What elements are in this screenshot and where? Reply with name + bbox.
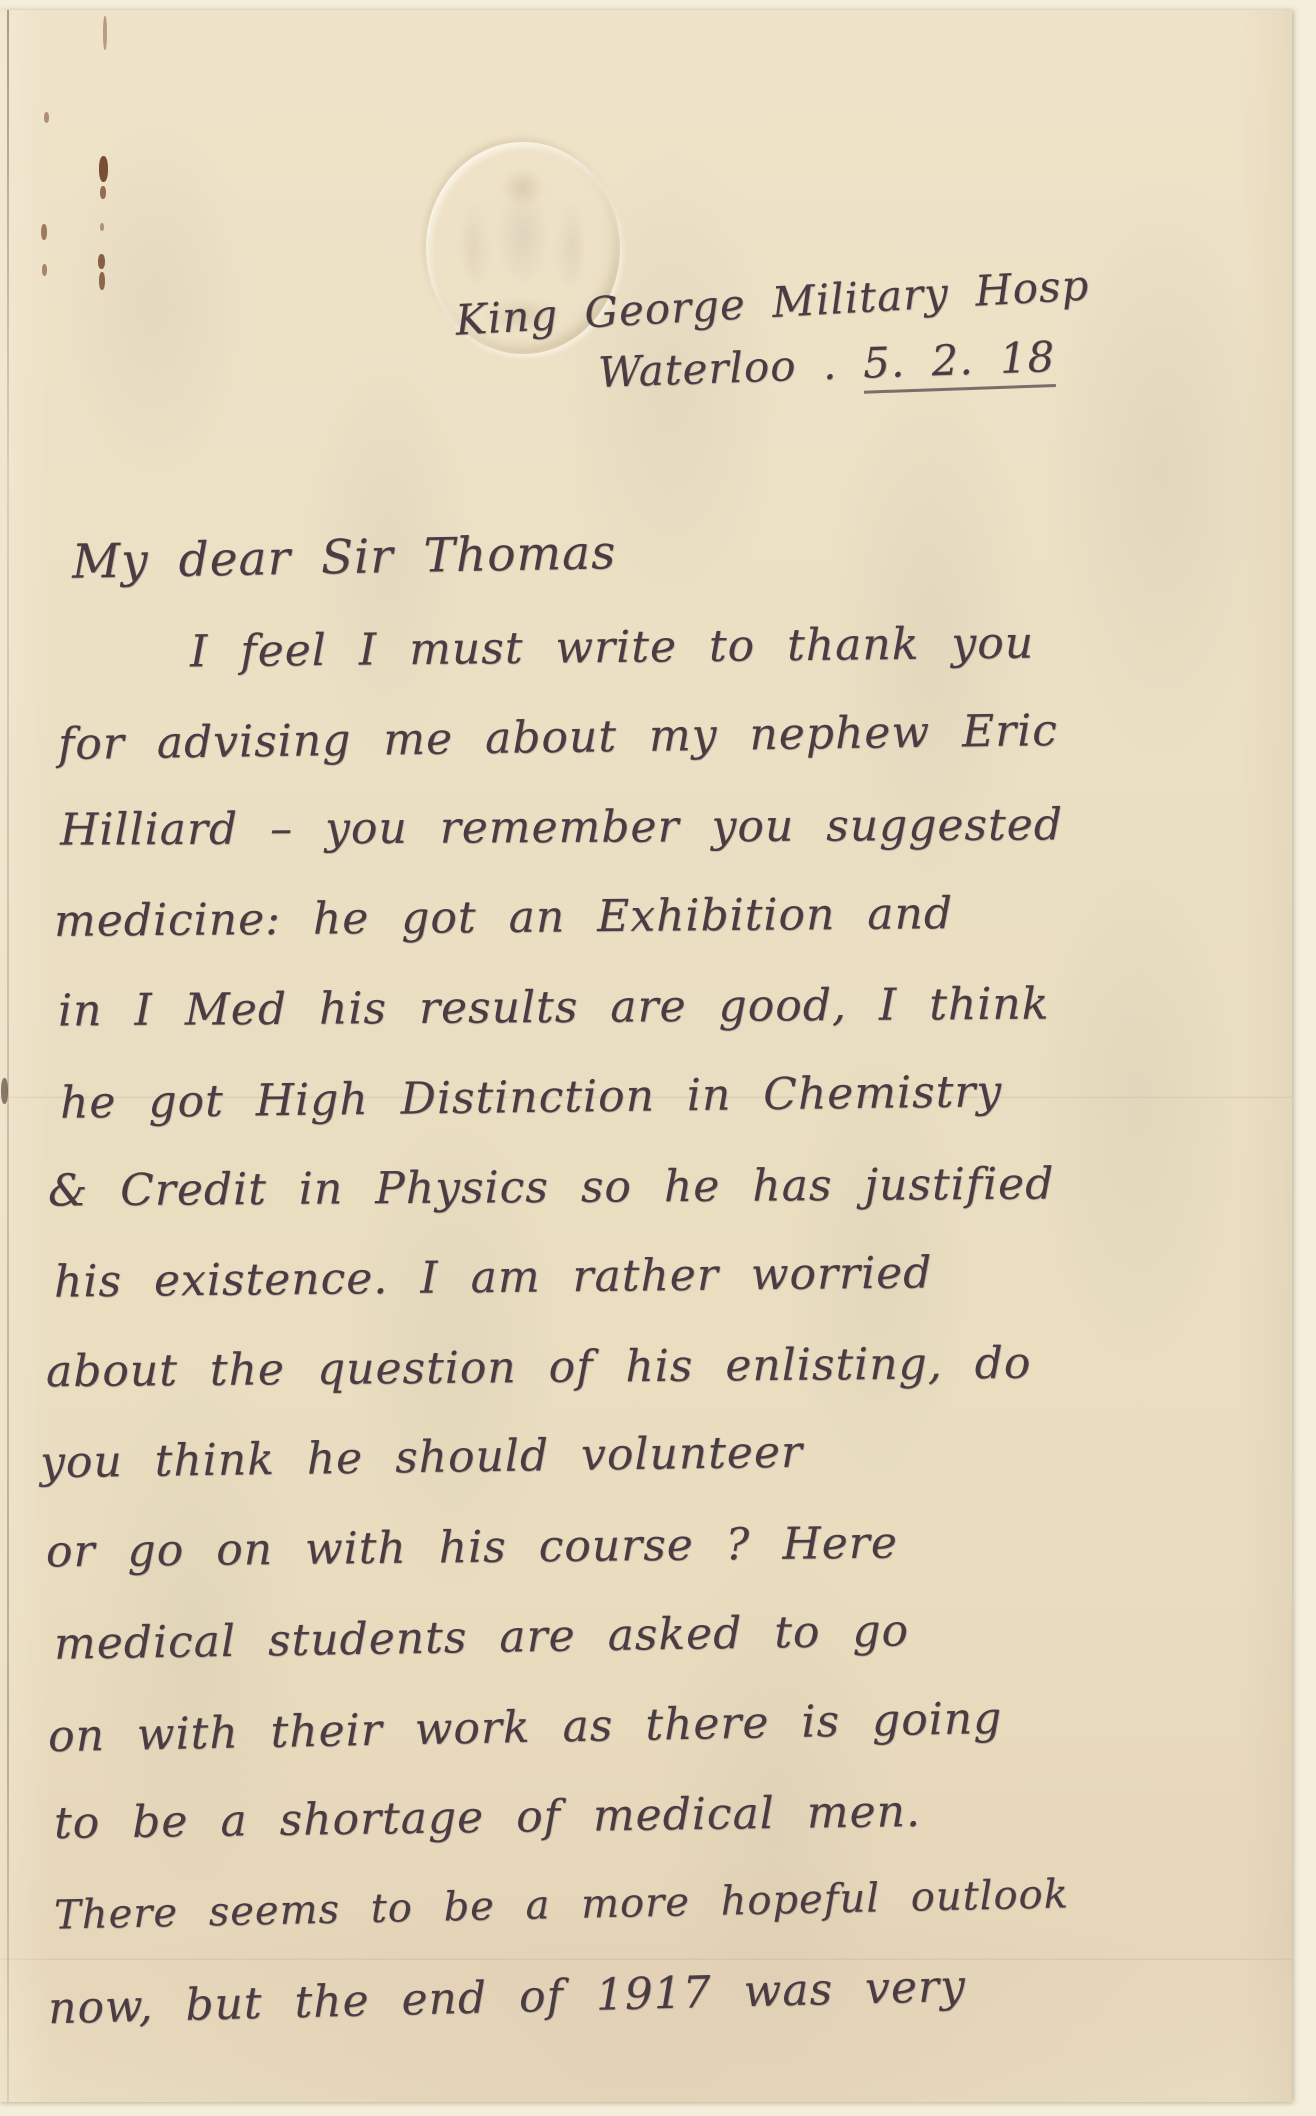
- handwritten-line: in I Med his results are good, I think: [58, 979, 1050, 1037]
- handwritten-line: on with their work as there is going: [48, 1693, 1003, 1762]
- stain-mark: [98, 254, 105, 269]
- handwritten-line: for advising me about my nephew Eric: [58, 705, 1059, 770]
- paper-edge-line: [7, 10, 9, 2102]
- stain-mark: [100, 186, 106, 199]
- handwritten-line: you think he should volunteer: [40, 1427, 804, 1489]
- stain-mark: [42, 264, 47, 276]
- stain-mark: [103, 16, 107, 50]
- handwritten-line: medical students are asked to go: [54, 1605, 910, 1669]
- stain-mark: [99, 272, 105, 290]
- handwritten-line: & Credit in Physics so he has justified: [48, 1158, 1055, 1216]
- handwritten-line: now, but the end of 1917 was very: [48, 1961, 967, 2034]
- handwritten-line: medicine: he got an Exhibition and: [54, 888, 953, 947]
- handwritten-line: he got High Distinction in Chemistry: [60, 1066, 1003, 1129]
- letterhead-place: Waterloo .: [597, 340, 838, 397]
- stain-mark: [44, 112, 49, 123]
- stain-mark: [41, 224, 47, 240]
- fold-crease-line: [0, 1958, 1292, 1961]
- handwritten-line: his existence. I am rather worried: [54, 1247, 933, 1307]
- handwritten-line: about the question of his enlisting, do: [46, 1338, 1032, 1398]
- handwritten-line: I feel I must write to thank you: [190, 618, 1035, 678]
- letter-paper: King George Military Hosp Waterloo .5. 2…: [0, 10, 1292, 2102]
- handwritten-line: Hilliard – you remember you suggested: [60, 799, 1063, 855]
- handwritten-line: or go on with his course ? Here: [46, 1518, 898, 1578]
- letterhead-place-date-line: Waterloo .5. 2. 18: [597, 332, 1056, 397]
- handwritten-line: There seems to be a more hopeful outlook: [54, 1871, 1070, 1938]
- handwritten-line: to be a shortage of medical men.: [54, 1786, 922, 1849]
- letterhead-date: 5. 2. 18: [862, 332, 1056, 394]
- stain-mark: [99, 156, 108, 182]
- salutation: My dear Sir Thomas: [72, 525, 617, 589]
- page-background: { "letter": { "letterhead": { "crest_ico…: [0, 0, 1316, 2116]
- stain-mark: [100, 223, 104, 231]
